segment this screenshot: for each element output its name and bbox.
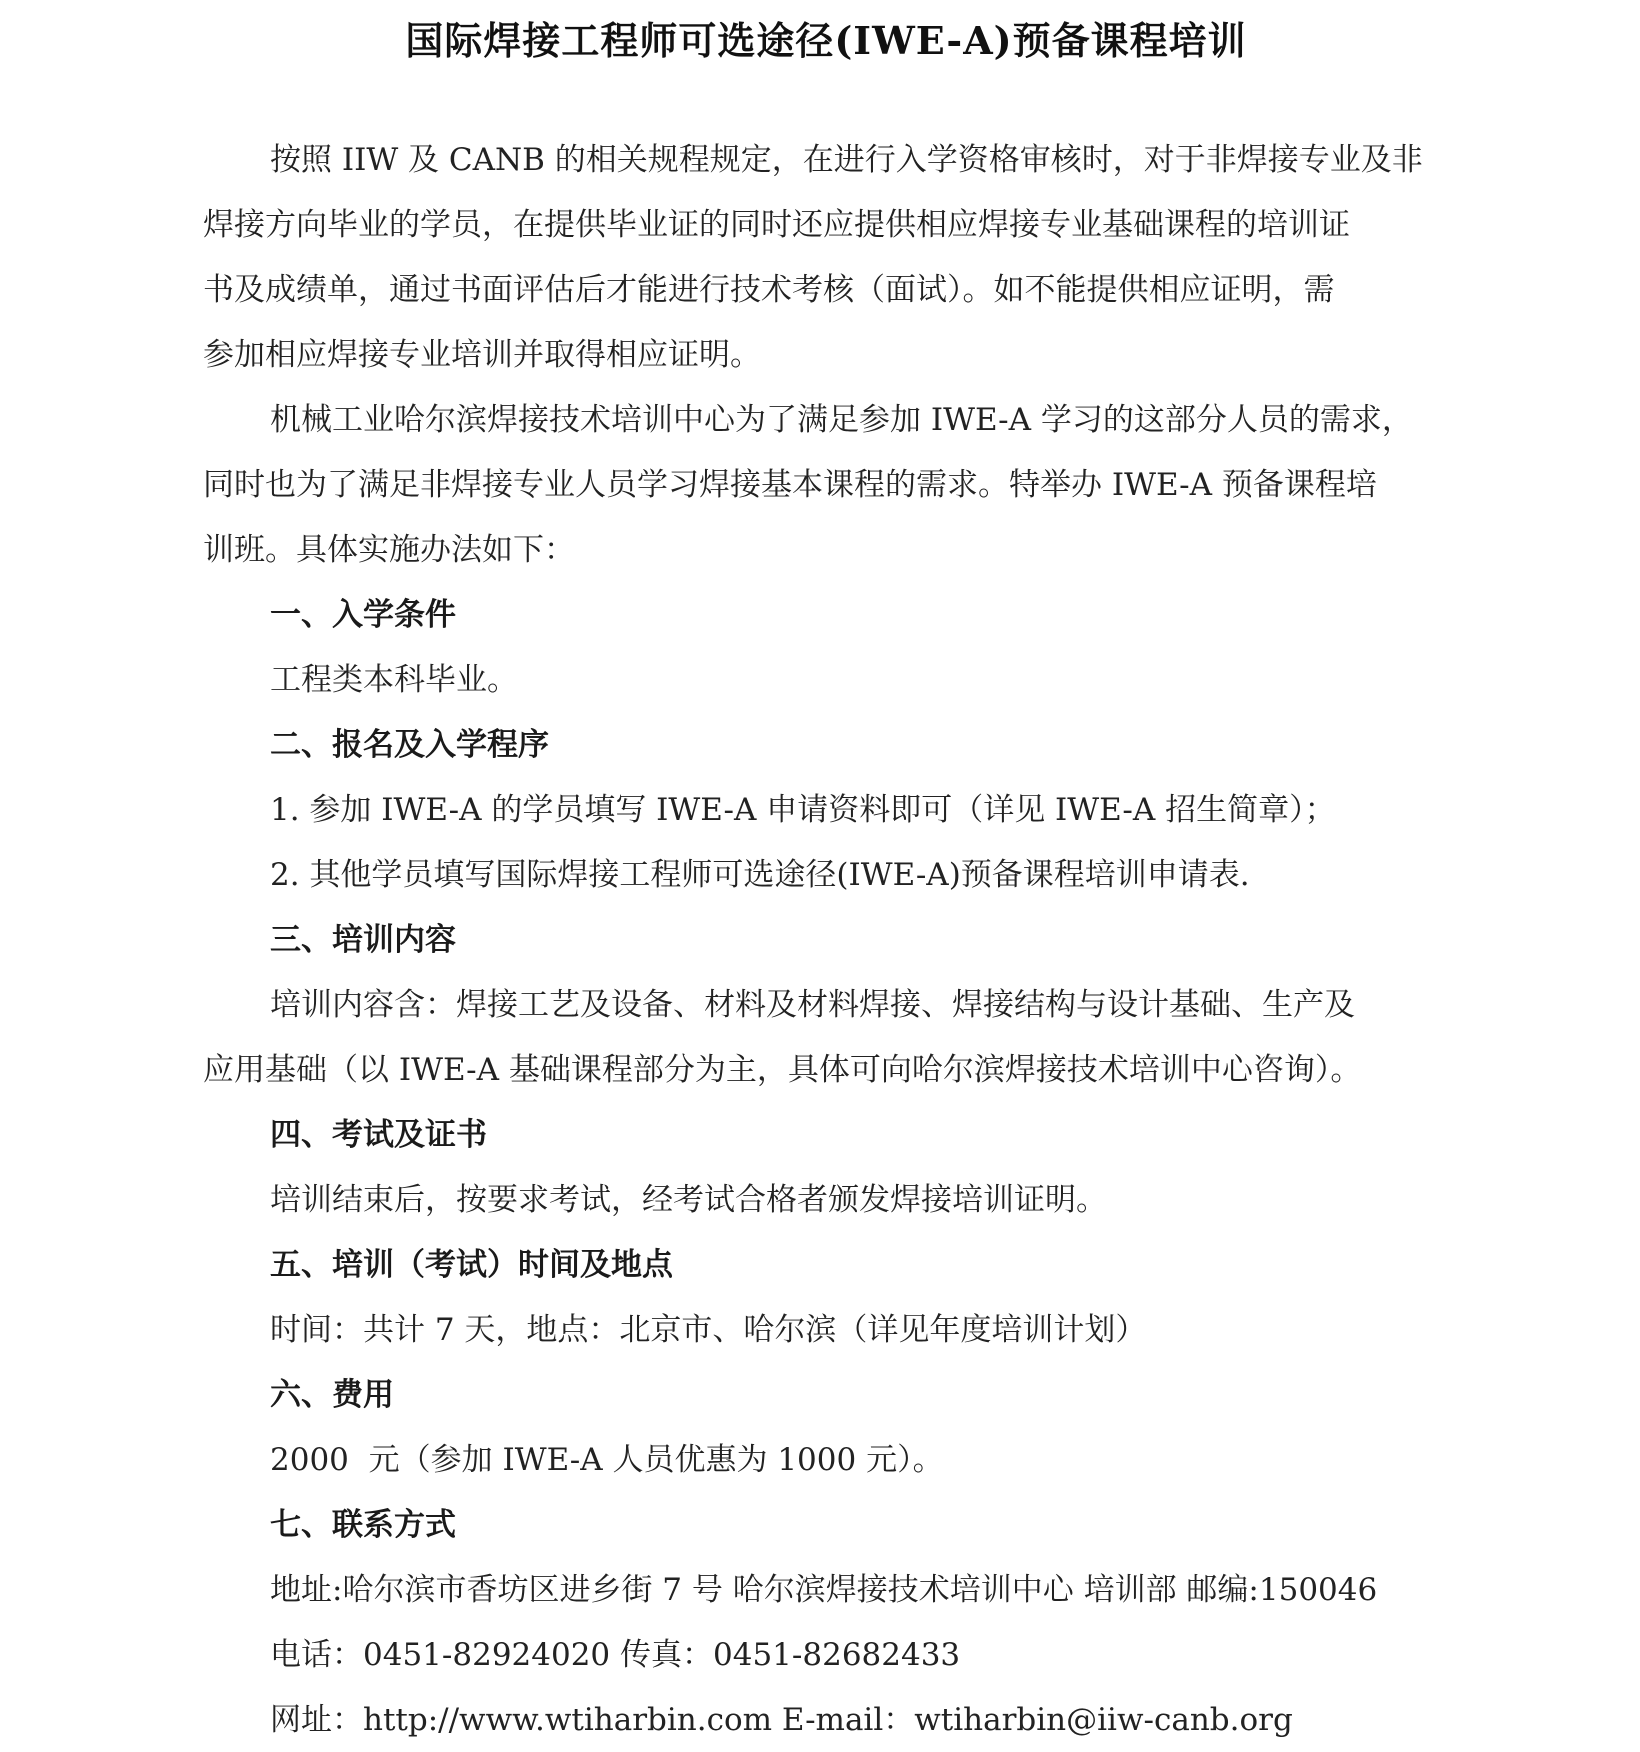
contact-address: 地址:哈尔滨市香坊区进乡街 7 号 哈尔滨焊接技术培训中心 培训部 邮编:150… — [203, 1558, 1443, 1623]
section-heading-time-location: 五、培训（考试）时间及地点 — [203, 1233, 1443, 1298]
document-page: 国际焊接工程师可选途径(IWE-A)预备课程培训 按照 IIW 及 CANB 的… — [0, 0, 1640, 1752]
section-text: 培训结束后，按要求考试，经考试合格者颁发焊接培训证明。 — [203, 1168, 1443, 1233]
paragraph-line: 机械工业哈尔滨焊接技术培训中心为了满足参加 IWE-A 学习的这部分人员的需求， — [203, 388, 1443, 453]
section-heading-admission: 一、入学条件 — [203, 583, 1443, 648]
paragraph-line: 同时也为了满足非焊接专业人员学习焊接基本课程的需求。特举办 IWE-A 预备课程… — [203, 453, 1443, 518]
document-body: 按照 IIW 及 CANB 的相关规程规定，在进行入学资格审核时，对于非焊接专业… — [203, 128, 1443, 1752]
section-heading-enrollment: 二、报名及入学程序 — [203, 713, 1443, 778]
section-text: 2000 元（参加 IWE-A 人员优惠为 1000 元）。 — [203, 1428, 1443, 1493]
list-item: 2. 其他学员填写国际焊接工程师可选途径(IWE-A)预备课程培训申请表. — [203, 843, 1443, 908]
paragraph-line: 训班。具体实施办法如下： — [203, 518, 1443, 583]
contact-phone-fax: 电话：0451-82924020 传真：0451-82682433 — [203, 1623, 1443, 1688]
list-item: 1. 参加 IWE-A 的学员填写 IWE-A 申请资料即可（详见 IWE-A … — [203, 778, 1443, 843]
section-heading-content: 三、培训内容 — [203, 908, 1443, 973]
paragraph-line: 书及成绩单，通过书面评估后才能进行技术考核（面试）。如不能提供相应证明，需 — [203, 258, 1443, 323]
paragraph-line: 参加相应焊接专业培训并取得相应证明。 — [203, 323, 1443, 388]
section-text: 应用基础（以 IWE-A 基础课程部分为主，具体可向哈尔滨焊接技术培训中心咨询）… — [203, 1038, 1443, 1103]
section-text: 工程类本科毕业。 — [203, 648, 1443, 713]
paragraph-line: 焊接方向毕业的学员，在提供毕业证的同时还应提供相应焊接专业基础课程的培训证 — [203, 193, 1443, 258]
contact-web-email: 网址：http://www.wtiharbin.com E-mail：wtiha… — [203, 1688, 1443, 1752]
document-title: 国际焊接工程师可选途径(IWE-A)预备课程培训 — [0, 14, 1640, 68]
section-heading-fees: 六、费用 — [203, 1363, 1443, 1428]
section-heading-exam: 四、考试及证书 — [203, 1103, 1443, 1168]
paragraph-line: 按照 IIW 及 CANB 的相关规程规定，在进行入学资格审核时，对于非焊接专业… — [203, 128, 1443, 193]
section-text: 时间：共计 7 天，地点：北京市、哈尔滨（详见年度培训计划） — [203, 1298, 1443, 1363]
section-text: 培训内容含：焊接工艺及设备、材料及材料焊接、焊接结构与设计基础、生产及 — [203, 973, 1443, 1038]
section-heading-contact: 七、联系方式 — [203, 1493, 1443, 1558]
